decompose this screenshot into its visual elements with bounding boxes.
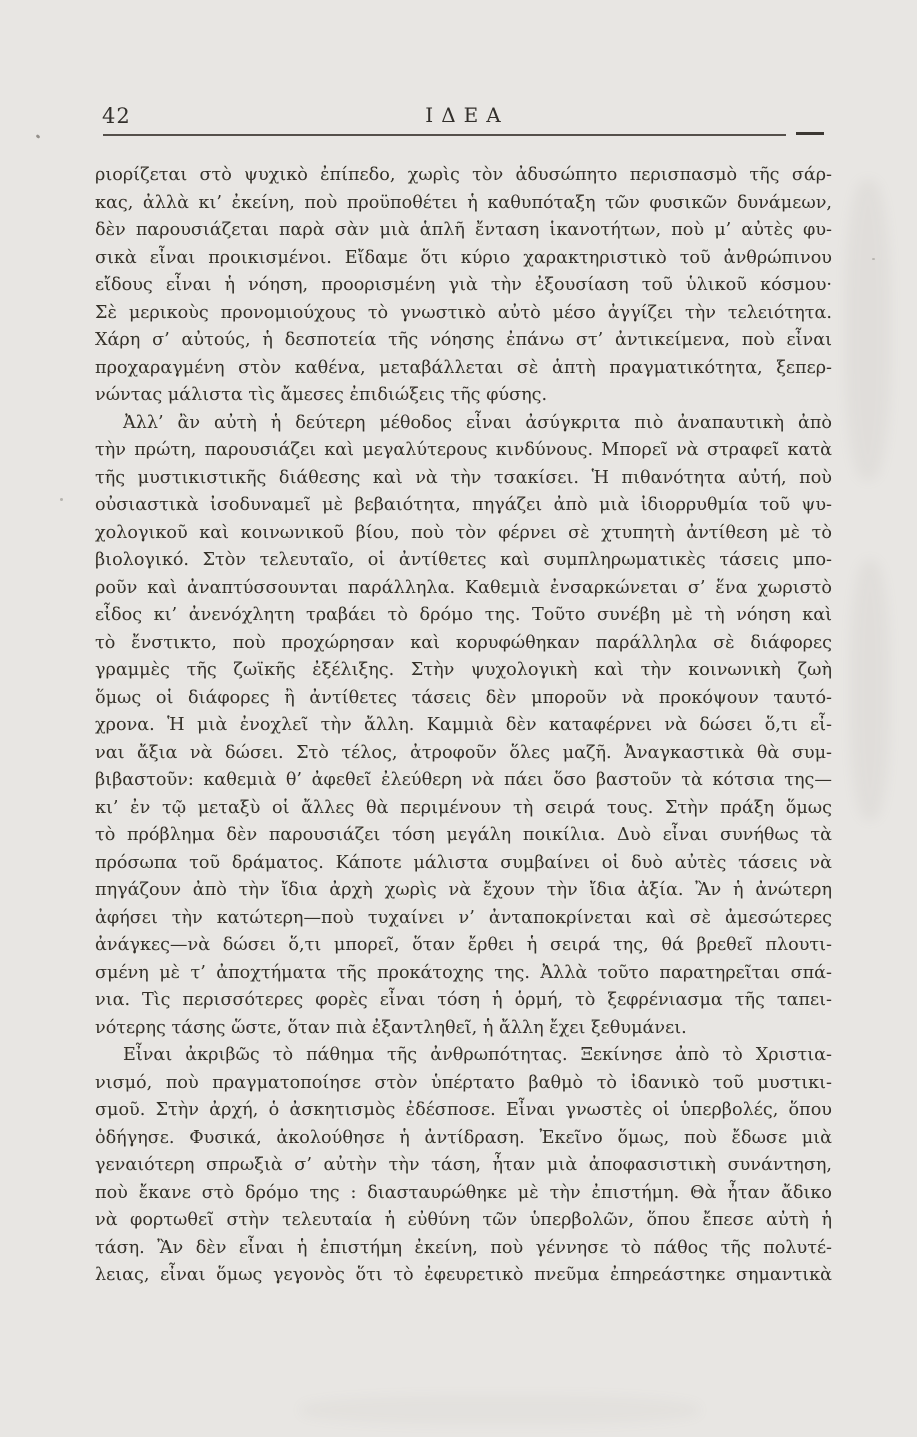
text-line: ροῦν καὶ ἀναπτύσσουνται παράλληλα. Καθεμ… [95,575,832,603]
text-line: ναι ἄξια νὰ δώσει. Στὸ τέλος, ἀτροφοῦν ὅ… [95,740,832,768]
text-line: εἶδος κι’ ἀνενόχλητη τραβάει τὸ δρόμο τη… [95,602,832,630]
book-page: 42 ΙΔΕΑ ριορίζεται στὸ ψυχικὸ ἐπίπεδο, χ… [0,0,917,1437]
text-line: τὸ πρόβλημα δὲν παρουσιάζει τόση μεγάλη … [95,822,832,850]
text-line: χρονα. Ἡ μιὰ ἐνοχλεῖ τὴν ἄλλη. Καμμιὰ δὲ… [95,712,832,740]
text-line: σικὰ εἶναι προικισμένοι. Εἴδαμε ὅτι κύρι… [95,245,832,273]
text-line: σμοῦ. Στὴν ἀρχή, ὁ ἀσκητισμὸς ἐδέσποσε. … [95,1097,832,1125]
text-line: προχαραγμένη στὸν καθένα, μεταβάλλεται σ… [95,355,832,383]
text-line: ποὺ ἔκανε στὸ δρόμο της : διασταυρώθηκε … [95,1180,832,1208]
text-line: ὅμως οἱ διάφορες ἢ ἀντίθετες τάσεις δὲν … [95,685,832,713]
text-line: δὲν παρουσιάζεται παρὰ σὰν μιὰ ἁπλῆ ἔντα… [95,217,832,245]
text-line: νὰ φορτωθεῖ στὴν τελευταία ἡ εὐθύνη τῶν … [95,1207,832,1235]
text-line: οὐσιαστικὰ ἰσοδυναμεῖ μὲ βεβαιότητα, πηγ… [95,492,832,520]
text-line: Ἀλλ’ ἂν αὐτὴ ἡ δεύτερη μέθοδος εἶναι ἀσύ… [95,410,832,438]
header-rule-line [103,134,786,136]
text-line: Χάρη σ’ αὐτούς, ἡ δεσποτεία τῆς νόησης ἐ… [95,327,832,355]
header-rule [103,131,824,137]
text-line: χολογικοῦ καὶ κοινωνικοῦ βίου, ποὺ τὸν φ… [95,520,832,548]
text-line: νια. Τὶς περισσότερες φορὲς εἶναι τόση ἡ… [95,987,832,1015]
text-line: νώντας μάλιστα τὶς ἄμεσες ἐπιδιώξεις τῆς… [95,382,832,410]
scan-speck [60,498,63,501]
scan-smudge [850,560,890,820]
text-line: βιβαστοῦν: καθεμιὰ θ’ ἀφεθεῖ ἐλεύθερη νὰ… [95,767,832,795]
text-line: εἴδους εἶναι ἡ νόηση, προορισμένη γιὰ τὴ… [95,272,832,300]
text-line: ἀφήσει τὴν κατώτερη—ποὺ τυχαίνει ν’ ἀντα… [95,905,832,933]
text-line: λειας, εἶναι ὅμως γεγονὸς ὅτι τὸ ἐφευρετ… [95,1262,832,1290]
text-line: ἀνάγκες—νὰ δώσει ὅ,τι μπορεῖ, ὅταν ἔρθει… [95,932,832,960]
text-line: τῆς μυστικιστικῆς διάθεσης καὶ νὰ τὴν τσ… [95,465,832,493]
text-line: σμένη μὲ τ’ ἀποχτήματα τῆς προκάτοχης τη… [95,960,832,988]
text-line: ριορίζεται στὸ ψυχικὸ ἐπίπεδο, χωρὶς τὸν… [95,162,832,190]
text-line: Εἶναι ἀκριβῶς τὸ πάθημα τῆς ἀνθρωπότητας… [95,1042,832,1070]
text-line: βιολογικό. Στὸν τελευταῖο, οἱ ἀντίθετες … [95,547,832,575]
text-line: πρόσωπα τοῦ δράματος. Κάποτε μάλιστα συμ… [95,850,832,878]
text-line: ὁδήγησε. Φυσικά, ἀκολούθησε ἡ ἀντίδραση.… [95,1125,832,1153]
header-rule-end-dash [796,132,824,135]
text-line: κας, ἀλλὰ κι’ ἐκείνη, ποὺ προϋποθέτει ἡ … [95,190,832,218]
text-line: Σὲ μερικοὺς προνομιούχους τὸ γνωστικὸ αὐ… [95,300,832,328]
text-line: τὸ ἔνστικτο, ποὺ προχώρησαν καὶ κορυφώθη… [95,630,832,658]
text-line: γεναιότερη σπρωξιὰ σ’ αὐτὴν τὴν τάση, ἦτ… [95,1152,832,1180]
scan-speck [36,134,41,139]
scan-smudge [845,180,891,480]
text-block: ριορίζεται στὸ ψυχικὸ ἐπίπεδο, χωρὶς τὸν… [95,162,832,1290]
text-line: νότερης τάσης ὥστε, ὅταν πιὰ ἐξαντληθεῖ,… [95,1015,832,1043]
running-head-title: ΙΔΕΑ [103,103,823,127]
text-line: γραμμὲς τῆς ζωϊκῆς ἐξέλιξης. Στὴν ψυχολο… [95,657,832,685]
text-line: τὴν πρώτη, παρουσιάζει καὶ μεγαλύτερους … [95,437,832,465]
text-line: τάση. Ἂν δὲν εἶναι ἡ ἐπιστήμη ἐκείνη, πο… [95,1235,832,1263]
text-line: πηγάζουν ἀπὸ τὴν ἴδια ἀρχὴ χωρὶς νὰ ἔχου… [95,877,832,905]
text-line: νισμό, ποὺ πραγματοποίησε στὸν ὑπέρτατο … [95,1070,832,1098]
text-line: κι’ ἐν τῷ μεταξὺ οἱ ἄλλες θὰ περιμένουν … [95,795,832,823]
scan-smudge [300,1395,700,1425]
